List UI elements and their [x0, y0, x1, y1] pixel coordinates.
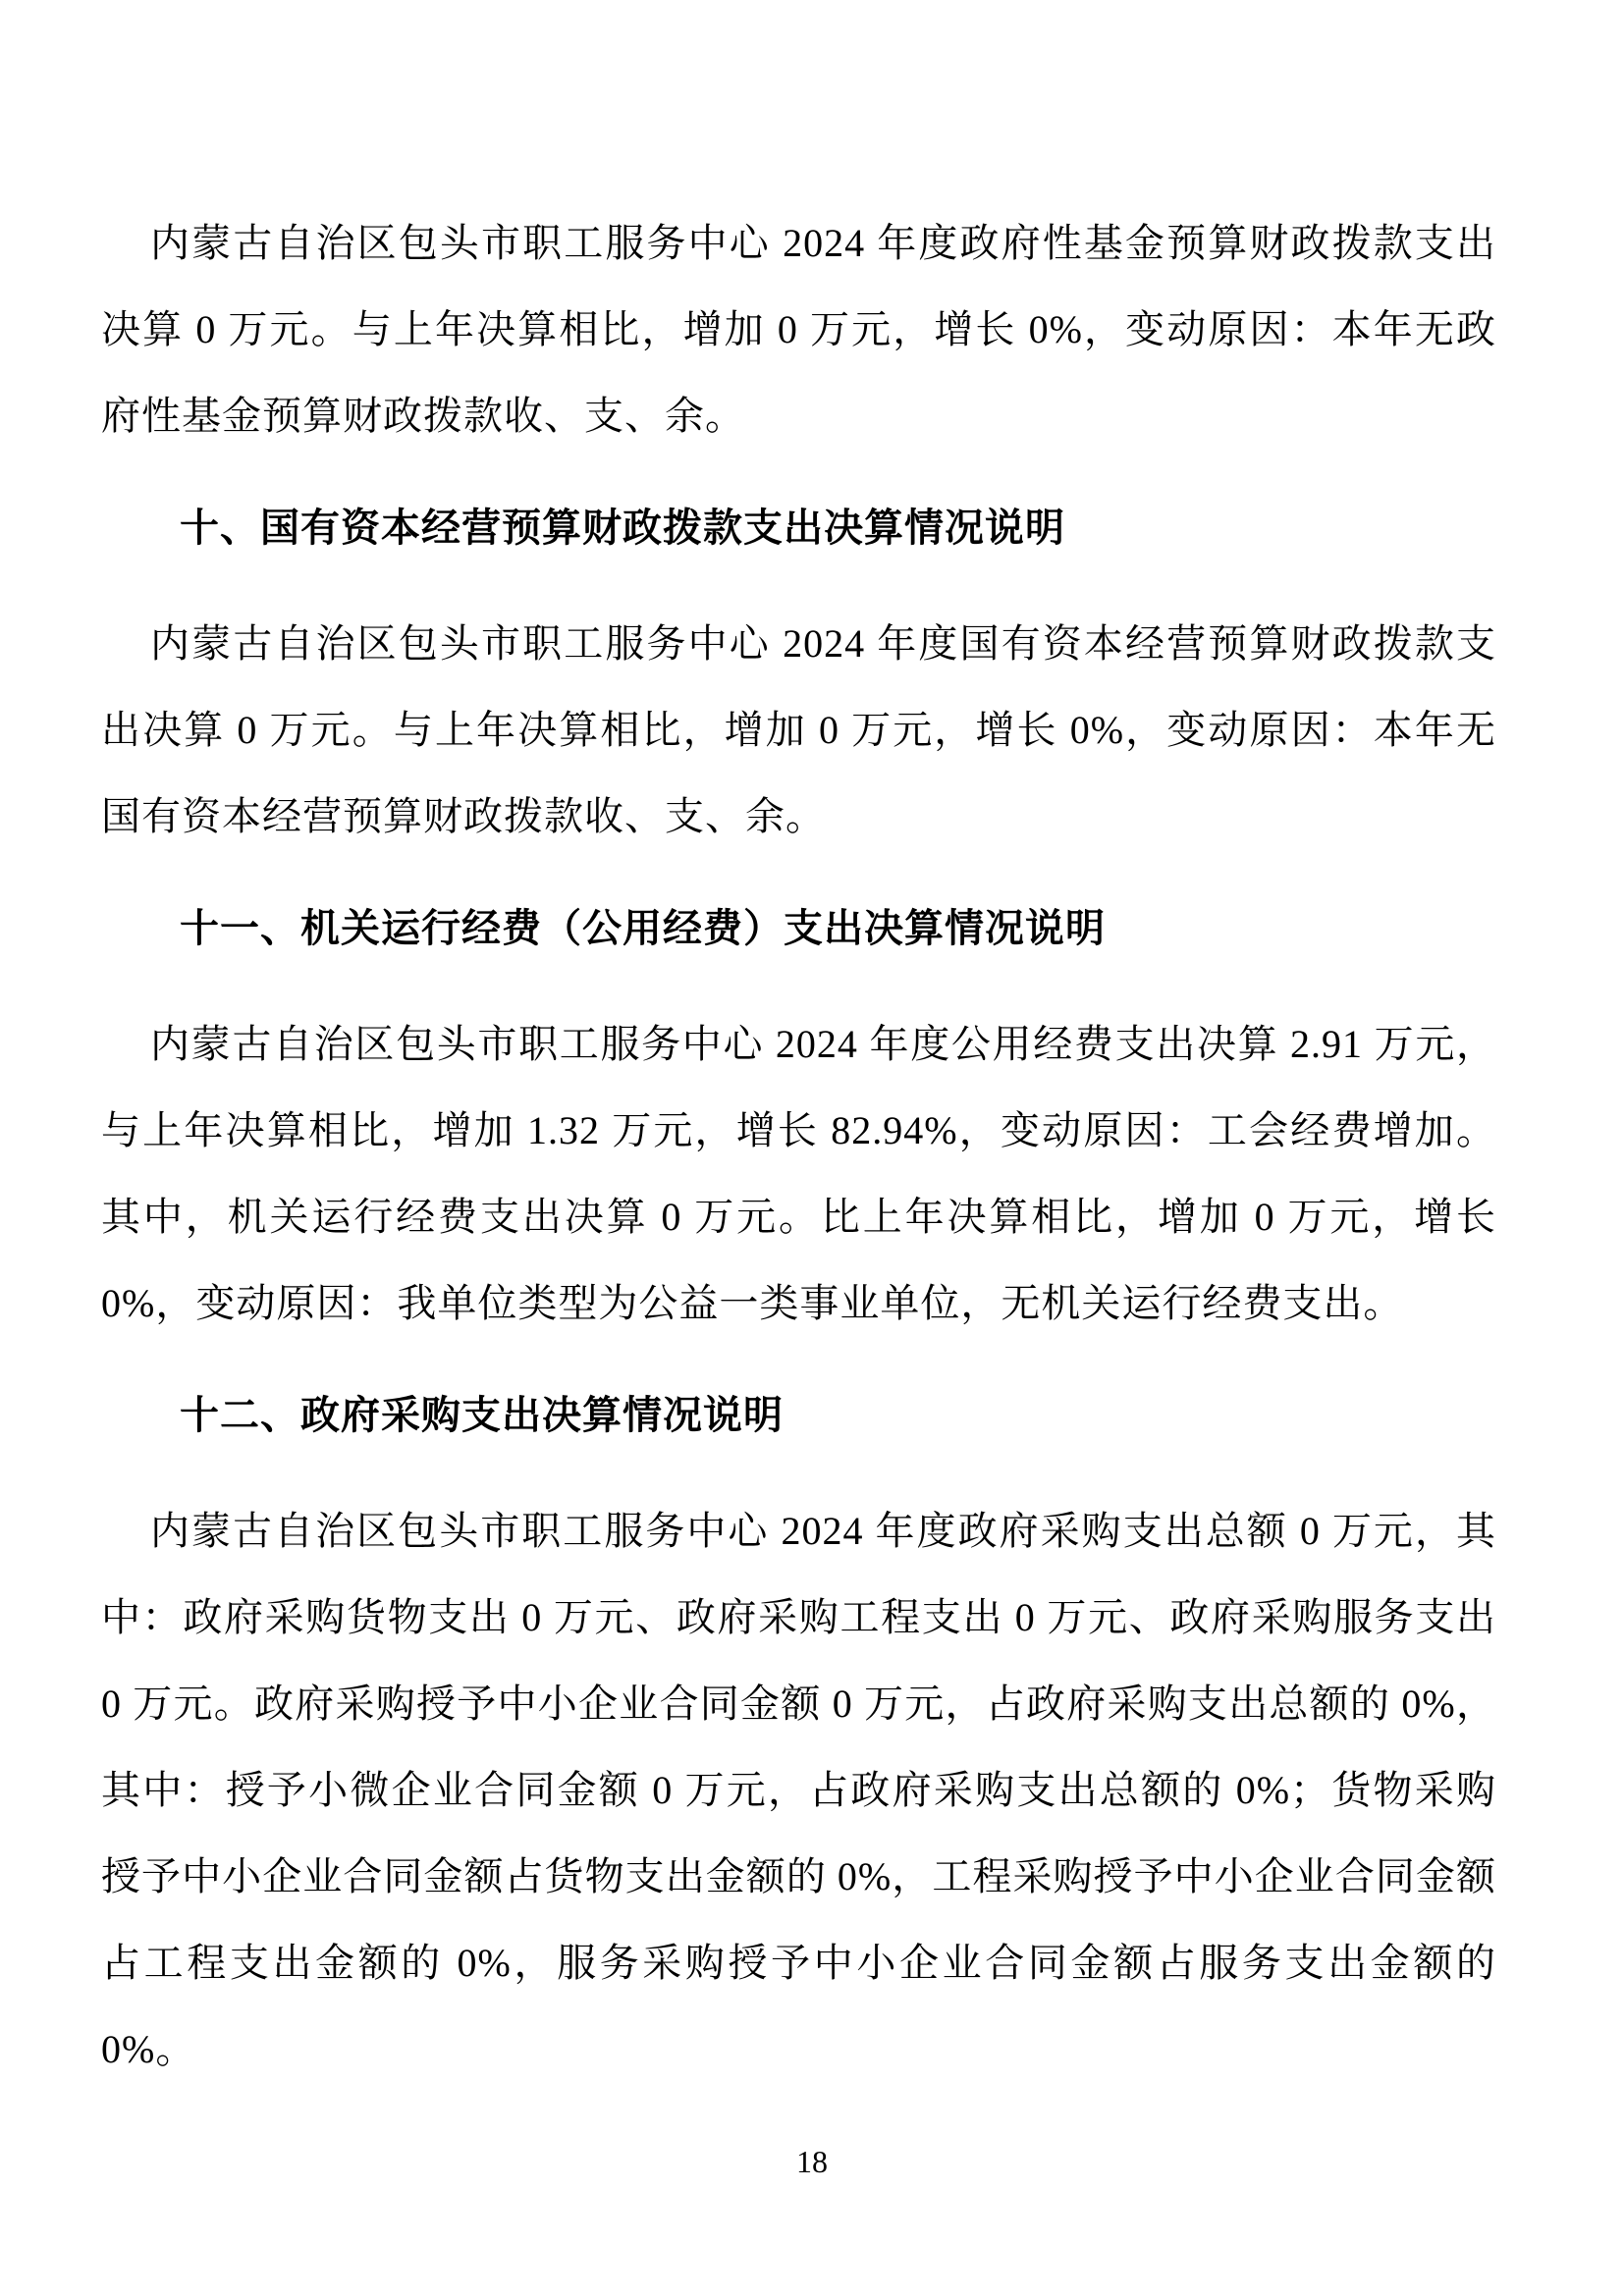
page-number: 18 — [0, 2142, 1624, 2181]
document-body: 内蒙古自治区包头市职工服务中心 2024 年度政府性基金预算财政拨款支出决算 0… — [101, 200, 1496, 2093]
paragraph-government-procurement: 内蒙古自治区包头市职工服务中心 2024 年度政府采购支出总额 0 万元，其中：… — [101, 1488, 1496, 2093]
document-page: 内蒙古自治区包头市职工服务中心 2024 年度政府性基金预算财政拨款支出决算 0… — [0, 0, 1624, 2296]
heading-section-10-state-capital: 十、国有资本经营预算财政拨款支出决算情况说明 — [101, 485, 1496, 571]
heading-section-12-government-procurement: 十二、政府采购支出决算情况说明 — [101, 1372, 1496, 1459]
heading-section-11-operating-expenses: 十一、机关运行经费（公用经费）支出决算情况说明 — [101, 885, 1496, 972]
paragraph-state-capital-budget: 内蒙古自治区包头市职工服务中心 2024 年度国有资本经营预算财政拨款支出决算 … — [101, 601, 1496, 860]
paragraph-operating-expenses: 内蒙古自治区包头市职工服务中心 2024 年度公用经费支出决算 2.91 万元，… — [101, 1001, 1496, 1347]
paragraph-government-fund-budget: 内蒙古自治区包头市职工服务中心 2024 年度政府性基金预算财政拨款支出决算 0… — [101, 200, 1496, 459]
